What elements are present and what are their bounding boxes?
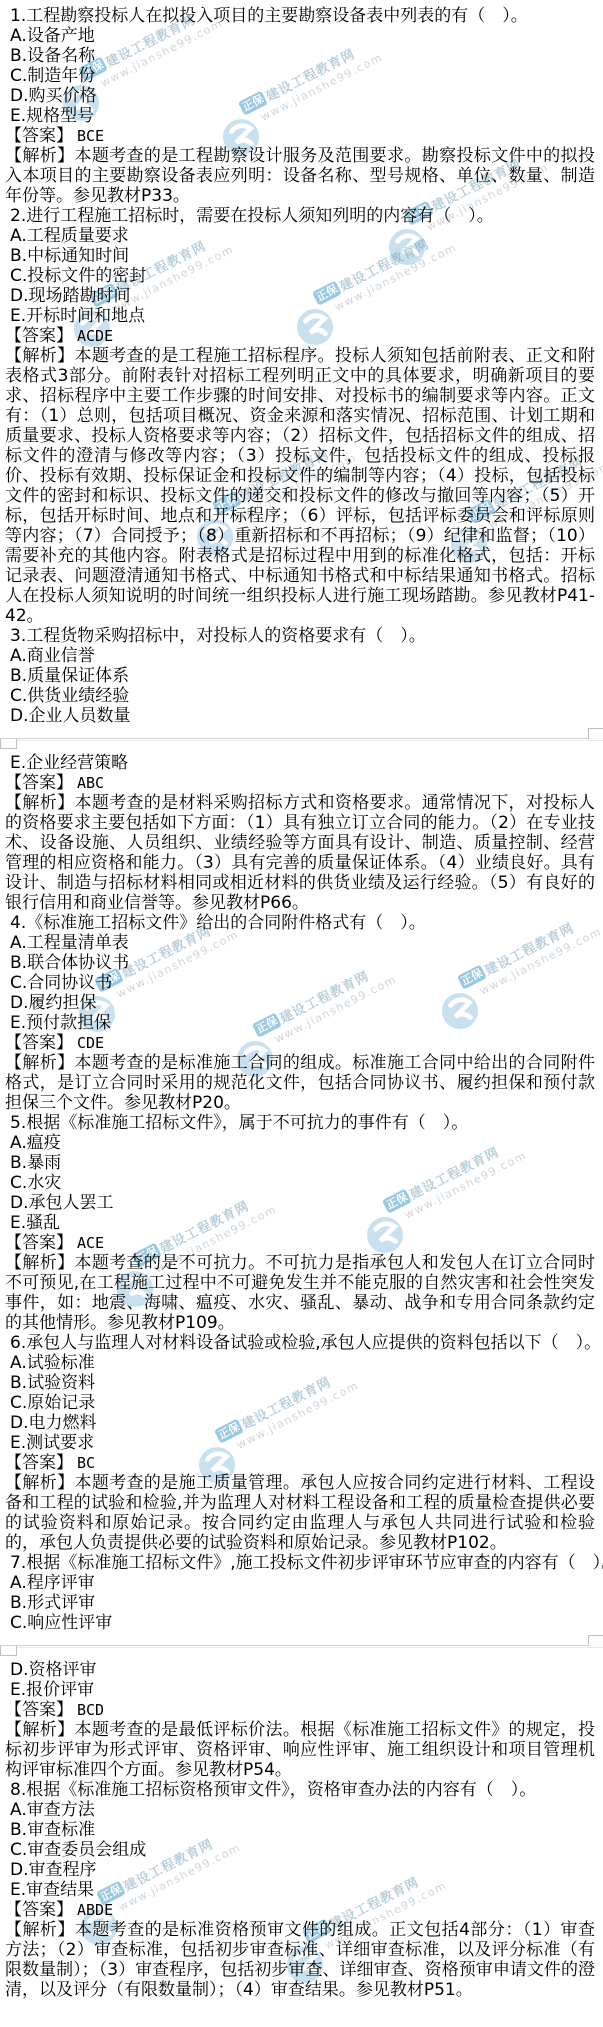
analysis-paragraph: 【解析】本题考查的是工程勘察设计服务及范围要求。勘察投标文件中的拟投入本项目的主… (5, 146, 595, 206)
option-line: E.报价评审 (10, 1680, 595, 1700)
option-line: D.企业人员数量 (10, 706, 595, 726)
answer-line: 【答案】BCD (5, 1700, 595, 1720)
page-break-left-mark (0, 739, 17, 749)
answer-label: 【答案】 (5, 1900, 73, 1920)
analysis-label: 【解析】 (5, 346, 74, 366)
question-block: 4.《标准施工招标文件》给出的合同附件格式有（ ）。A.工程量清单表B.联合体协… (10, 913, 595, 1113)
analysis-label: 【解析】 (5, 1253, 74, 1273)
answer-value: ABDE (73, 1901, 113, 1919)
option-line: E.审查结果 (10, 1880, 595, 1900)
option-line: E.开标时间和地点 (10, 306, 595, 326)
answer-label: 【答案】 (5, 1233, 73, 1253)
answer-line: 【答案】ACDE (5, 326, 595, 346)
analysis-label: 【解析】 (5, 1920, 75, 1940)
answer-value: BC (73, 1454, 95, 1472)
option-line: C.响应性评审 (10, 1613, 595, 1633)
analysis-text: 本题考查的是标准资格预审文件的组成。正文包括4部分：（1）审查方法；（2）审查标… (5, 1920, 595, 2000)
option-line: B.暴雨 (10, 1153, 595, 1173)
analysis-paragraph: 【解析】本题考查的是不可抗力。不可抗力是指承包人和发包人在订立合同时不可预见,在… (5, 1253, 595, 1333)
option-line: D.现场踏勘时间 (10, 286, 595, 306)
option-line: D.审查程序 (10, 1860, 595, 1880)
page-break-left-mark (0, 1646, 17, 1656)
question-stem: 5.根据《标准施工招标文件》，属于不可抗力的事件有（ ）。 (10, 1113, 595, 1133)
option-line: D.资格评审 (10, 1660, 595, 1680)
option-line: E.企业经营策略 (10, 753, 595, 773)
analysis-label: 【解析】 (5, 793, 74, 813)
option-line: A.商业信誉 (10, 646, 595, 666)
option-line: C.原始记录 (10, 1393, 595, 1413)
option-line: A.审查方法 (10, 1800, 595, 1820)
option-line: B.设备名称 (10, 46, 595, 66)
option-line: E.骚乱 (10, 1213, 595, 1233)
option-line: B.形式评审 (10, 1593, 595, 1613)
option-line: B.中标通知时间 (10, 246, 595, 266)
analysis-label: 【解析】 (5, 1473, 74, 1493)
page-break-line (0, 1645, 603, 1646)
analysis-text: 本题考查的是材料采购招标方式和资格要求。通常情况下，对投标人的资格要求主要包括如… (5, 793, 595, 913)
page-break-line (0, 1647, 603, 1648)
option-line: B.联合体协议书 (10, 953, 595, 973)
answer-line: 【答案】BCE (5, 126, 595, 146)
analysis-paragraph: 【解析】本题考查的是工程施工招标程序。投标人须知包括前附表、正文和附表格式3部分… (5, 346, 595, 626)
answer-line: 【答案】ABC (5, 773, 595, 793)
question-stem: 7.根据《标准施工招标文件》,施工投标文件初步评审环节应审查的内容有（ ）。 (10, 1553, 595, 1573)
analysis-text: 本题考查的是工程施工招标程序。投标人须知包括前附表、正文和附表格式3部分。前附表… (5, 346, 595, 626)
answer-line: 【答案】CDE (5, 1033, 595, 1053)
option-line: C.制造年份 (10, 66, 595, 86)
question-stem: 2.进行工程施工招标时，需要在投标人须知列明的内容有（ ）。 (10, 206, 595, 226)
answer-line: 【答案】ACE (5, 1233, 595, 1253)
option-line: C.合同协议书 (10, 973, 595, 993)
option-line: A.工程质量要求 (10, 226, 595, 246)
question-block: 7.根据《标准施工招标文件》,施工投标文件初步评审环节应审查的内容有（ ）。A.… (10, 1553, 595, 1780)
page-break-right-mark (588, 728, 603, 739)
analysis-text: 本题考查的是不可抗力。不可抗力是指承包人和发包人在订立合同时不可预见,在工程施工… (5, 1253, 595, 1333)
question-block: 6.承包人与监理人对材料设备试验或检验,承包人应提供的资料包括以下（ ）。A.试… (10, 1333, 595, 1553)
exam-document-page: 正保建设工程教育网www.jianshe99.com正保建设工程教育网www.j… (0, 0, 603, 2027)
option-line: C.审查委员会组成 (10, 1840, 595, 1860)
option-line: E.规格型号 (10, 106, 595, 126)
answer-label: 【答案】 (5, 773, 73, 793)
analysis-label: 【解析】 (5, 146, 74, 166)
answer-value: ACDE (73, 327, 113, 345)
analysis-paragraph: 【解析】本题考查的是标准资格预审文件的组成。正文包括4部分：（1）审查方法；（2… (5, 1920, 595, 2000)
analysis-text: 本题考查的是工程勘察设计服务及范围要求。勘察投标文件中的拟投入本项目的主要勘察设… (5, 146, 595, 206)
question-stem: 6.承包人与监理人对材料设备试验或检验,承包人应提供的资料包括以下（ ）。 (10, 1333, 595, 1353)
answer-label: 【答案】 (5, 126, 73, 146)
analysis-paragraph: 【解析】本题考查的是标准施工合同的组成。标准施工合同中给出的合同附件格式，是订立… (5, 1053, 595, 1113)
question-block: 2.进行工程施工招标时，需要在投标人须知列明的内容有（ ）。A.工程质量要求B.… (10, 206, 595, 626)
answer-value: BCE (73, 127, 104, 145)
analysis-paragraph: 【解析】本题考查的是施工质量管理。承包人应按合同约定进行材料、工程设备和工程的试… (5, 1473, 595, 1553)
option-line: A.设备产地 (10, 26, 595, 46)
question-stem: 3.工程货物采购招标中，对投标人的资格要求有（ ）。 (10, 626, 595, 646)
option-line: B.质量保证体系 (10, 666, 595, 686)
answer-value: BCD (73, 1701, 104, 1719)
option-line: B.试验资料 (10, 1373, 595, 1393)
option-line: C.供货业绩经验 (10, 686, 595, 706)
answer-label: 【答案】 (5, 1453, 73, 1473)
option-line: D.电力燃料 (10, 1413, 595, 1433)
analysis-paragraph: 【解析】本题考查的是材料采购招标方式和资格要求。通常情况下，对投标人的资格要求主… (5, 793, 595, 913)
analysis-text: 本题考查的是标准施工合同的组成。标准施工合同中给出的合同附件格式，是订立合同时采… (5, 1053, 595, 1113)
option-line: A.试验标准 (10, 1353, 595, 1373)
answer-line: 【答案】ABDE (5, 1900, 595, 1920)
option-line: A.工程量清单表 (10, 933, 595, 953)
answer-value: CDE (73, 1034, 104, 1052)
question-block: 8.根据《标准施工招标资格预审文件》，资格审查办法的内容有（ ）。A.审查方法B… (10, 1780, 595, 2000)
question-stem: 8.根据《标准施工招标资格预审文件》，资格审查办法的内容有（ ）。 (10, 1780, 595, 1800)
answer-label: 【答案】 (5, 1700, 73, 1720)
analysis-paragraph: 【解析】本题考查的是最低评标价法。根据《标准施工招标文件》的规定，投标初步评审为… (5, 1720, 595, 1780)
option-line: A.瘟疫 (10, 1133, 595, 1153)
answer-value: ACE (73, 1234, 104, 1252)
answer-label: 【答案】 (5, 1033, 73, 1053)
option-line: E.测试要求 (10, 1433, 595, 1453)
analysis-label: 【解析】 (5, 1720, 74, 1740)
option-line: A.程序评审 (10, 1573, 595, 1593)
page-break-line (0, 738, 603, 739)
option-line: E.预付款担保 (10, 1013, 595, 1033)
analysis-text: 本题考查的是施工质量管理。承包人应按合同约定进行材料、工程设备和工程的试验和检验… (5, 1473, 595, 1553)
option-line: B.审查标准 (10, 1820, 595, 1840)
page-break-right-mark (588, 1635, 603, 1646)
question-block: 3.工程货物采购招标中，对投标人的资格要求有（ ）。A.商业信誉B.质量保证体系… (10, 626, 595, 913)
answer-value: ABC (73, 774, 104, 792)
option-line: C.投标文件的密封 (10, 266, 595, 286)
analysis-text: 本题考查的是最低评标价法。根据《标准施工招标文件》的规定，投标初步评审为形式评审… (5, 1720, 595, 1780)
option-line: C.水灾 (10, 1173, 595, 1193)
page-break-line (0, 740, 603, 741)
option-line: D.承包人罢工 (10, 1193, 595, 1213)
question-stem: 1.工程勘察投标人在拟投入项目的主要勘察设备表中列表的有（ ）。 (10, 6, 595, 26)
question-stem: 4.《标准施工招标文件》给出的合同附件格式有（ ）。 (10, 913, 595, 933)
page-break-divider (0, 727, 603, 752)
option-line: D.履约担保 (10, 993, 595, 1013)
question-block: 1.工程勘察投标人在拟投入项目的主要勘察设备表中列表的有（ ）。A.设备产地B.… (10, 6, 595, 206)
question-block: 5.根据《标准施工招标文件》，属于不可抗力的事件有（ ）。A.瘟疫B.暴雨C.水… (10, 1113, 595, 1333)
questions-list: 1.工程勘察投标人在拟投入项目的主要勘察设备表中列表的有（ ）。A.设备产地B.… (0, 0, 603, 2000)
analysis-label: 【解析】 (5, 1053, 74, 1073)
option-line: D.购买价格 (10, 86, 595, 106)
answer-label: 【答案】 (5, 326, 73, 346)
page-break-divider (0, 1634, 603, 1659)
answer-line: 【答案】BC (5, 1453, 595, 1473)
